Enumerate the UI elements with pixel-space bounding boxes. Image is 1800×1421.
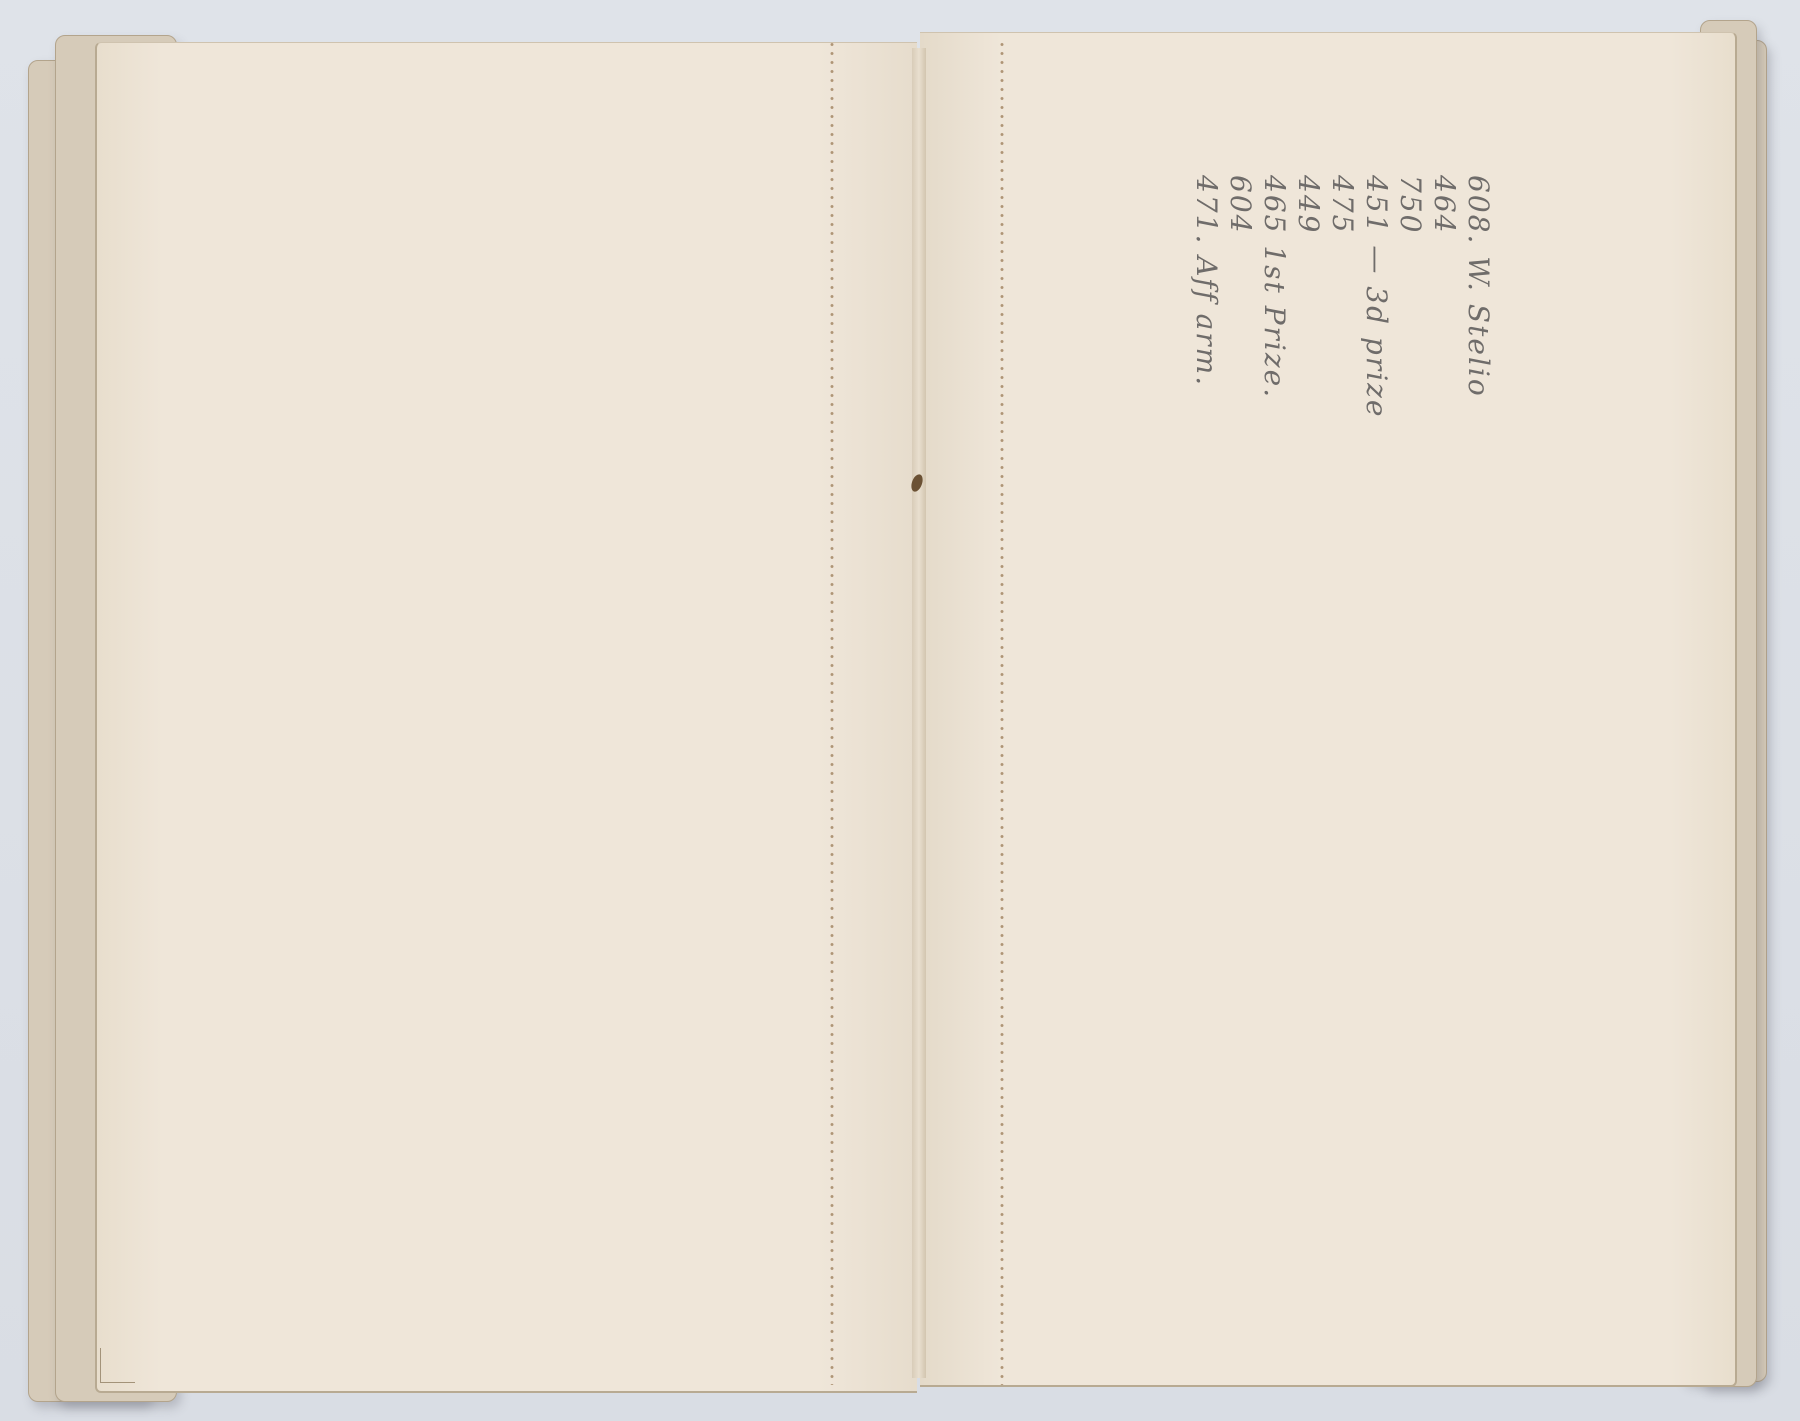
handwritten-notes: 471. Aff arm. 604 465 1st Prize. 449 475… — [1190, 175, 1520, 535]
note-line: 449 — [1292, 175, 1325, 234]
right-perforation — [1000, 40, 1004, 1385]
folded-corner — [100, 1348, 135, 1383]
left-perforation — [830, 40, 834, 1385]
note-line: 475 — [1326, 175, 1359, 234]
note-line: 465 1st Prize. — [1258, 175, 1291, 399]
note-line: 471. Aff arm. — [1190, 175, 1223, 387]
note-line: 750 — [1394, 175, 1427, 234]
note-line: 451 — 3d prize — [1360, 175, 1393, 418]
book-gutter — [912, 48, 926, 1378]
note-line: 464 — [1428, 175, 1461, 234]
note-line: 604 — [1224, 175, 1257, 234]
left-page — [95, 42, 917, 1393]
note-line: 608. W. Stelio — [1462, 175, 1495, 398]
